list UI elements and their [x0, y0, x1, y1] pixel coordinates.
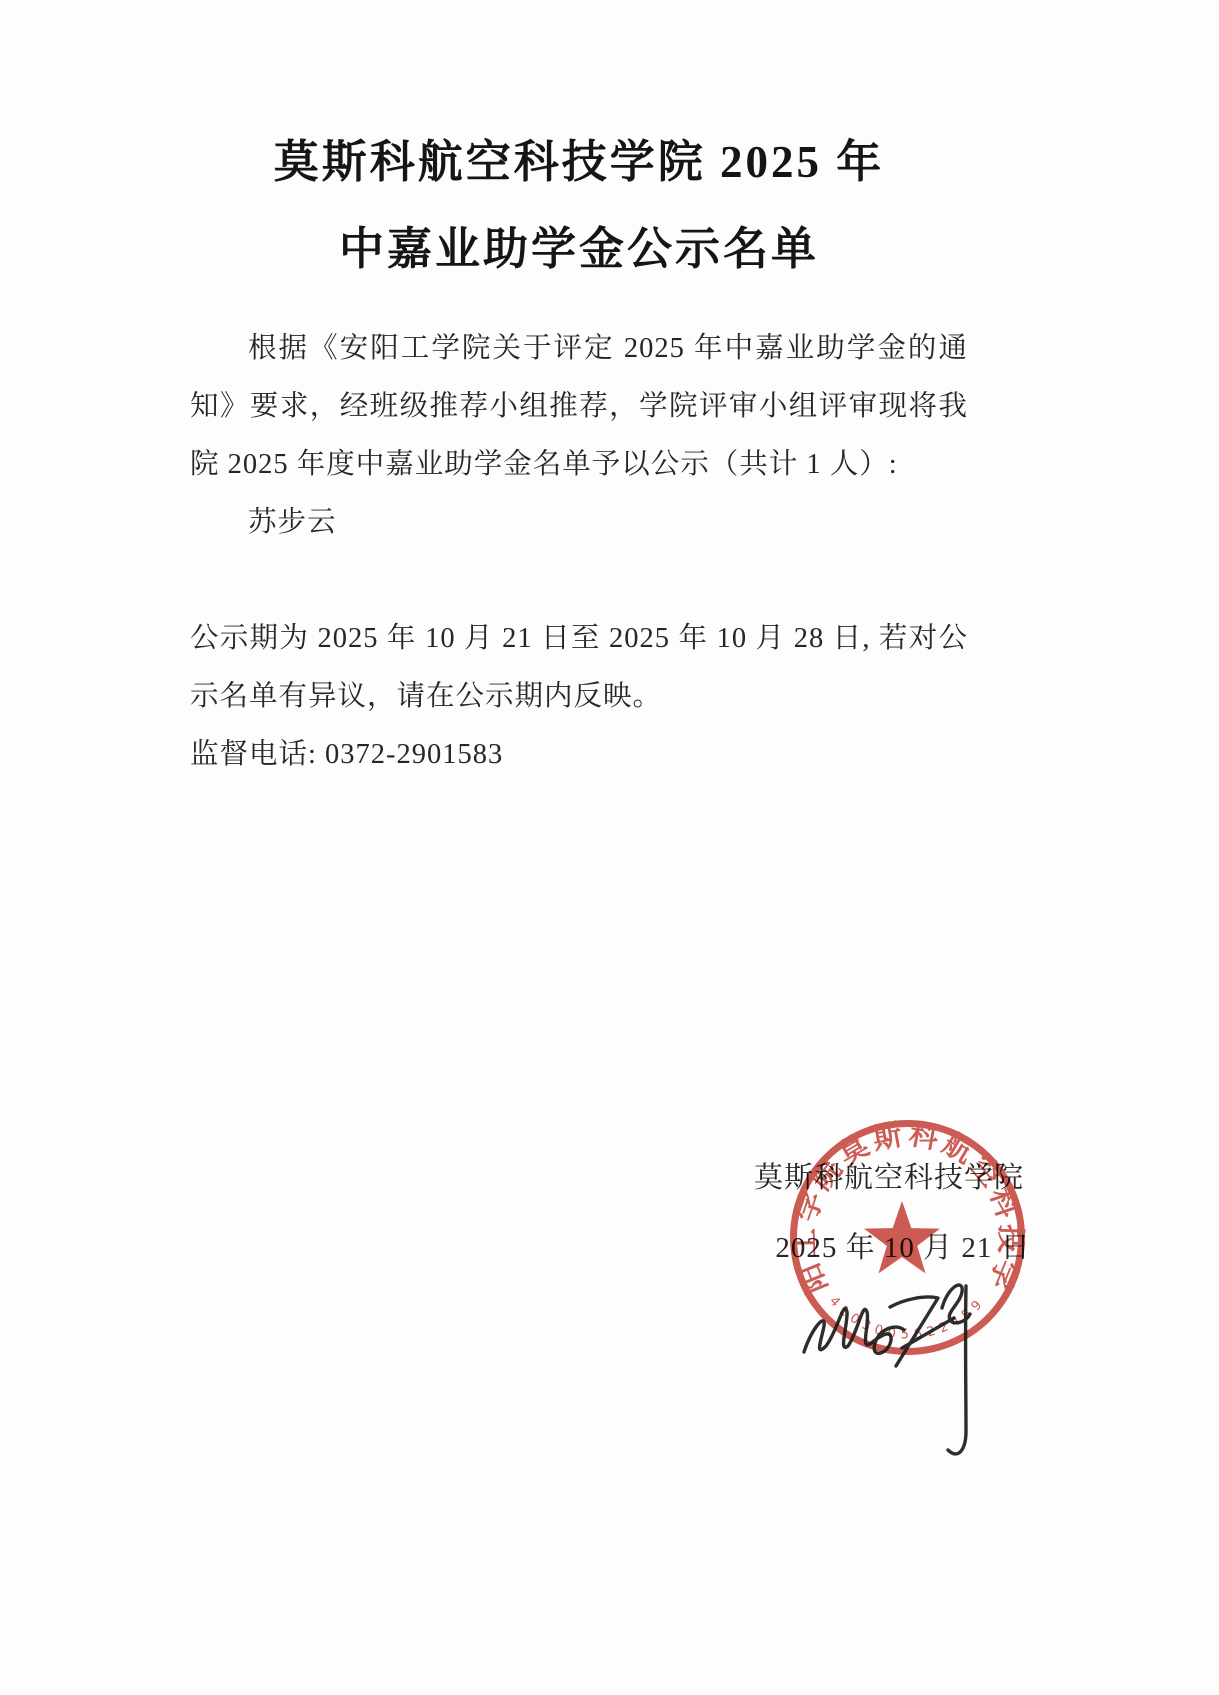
- supervision-hotline: 监督电话: 0372-2901583: [190, 726, 968, 784]
- publicity-period-paragraph: 公示期为 2025 年 10 月 21 日至 2025 年 10 月 28 日,…: [190, 610, 968, 726]
- document-title-line-2: 中嘉业助学金公示名单: [190, 219, 968, 279]
- document-page: 莫斯科航空科技学院 2025 年 中嘉业助学金公示名单 根据《安阳工学院关于评定…: [0, 0, 1219, 1695]
- signature-ink-strokes: [804, 1285, 970, 1454]
- document-body: 莫斯科航空科技学院 2025 年 中嘉业助学金公示名单 根据《安阳工学院关于评定…: [190, 0, 968, 784]
- handwritten-signature: [790, 1266, 1005, 1486]
- notice-paragraph: 根据《安阳工学院关于评定 2025 年中嘉业助学金的通知》要求，经班级推荐小组推…: [190, 320, 968, 494]
- awardee-name: 苏步云: [190, 494, 968, 552]
- document-title-line-1: 莫斯科航空科技学院 2025 年: [190, 0, 968, 192]
- seal-star-icon: [864, 1201, 940, 1273]
